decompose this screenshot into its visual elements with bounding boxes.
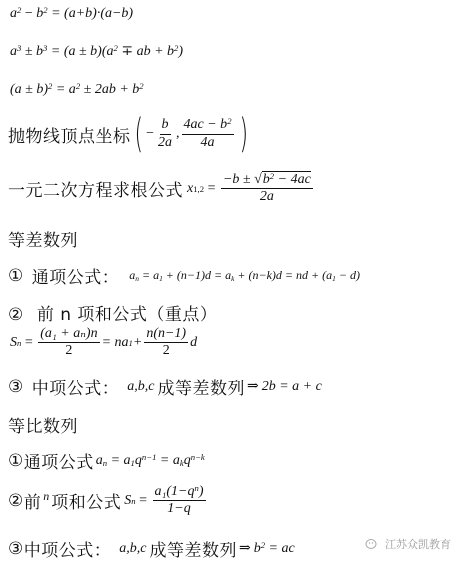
parabola-vertex-formula: − b2a , 4ac − b24a bbox=[146, 117, 235, 150]
wechat-icon bbox=[365, 538, 379, 550]
arithmetic-sum-heading: ② 前 n 项和公式（重点） bbox=[8, 300, 217, 325]
arithmetic-general-term: ① 通项公式： an = a1 + (n−1)d = ak + (n−k)d =… bbox=[8, 263, 360, 288]
quadratic-formula-row: 一元二次方程求根公式 x1,2 = −b ± √b2 − 4ac 2a bbox=[8, 172, 315, 205]
arithmetic-middle-term: ③ 中项公式： a,b,c 成等差数列 ⇒ 2b = a + c bbox=[8, 374, 322, 399]
formula-square-of-binomial: (a ± b)2 = a2 ± 2ab + b2 bbox=[10, 82, 144, 98]
parabola-label: 抛物线顶点坐标 bbox=[8, 122, 131, 147]
geometric-middle-term: ③ 中项公式： a,b,c 成等差数列 ⇒ b2 = ac bbox=[8, 536, 295, 561]
arithmetic-sequence-title: 等差数列 bbox=[8, 226, 78, 251]
arithmetic-sum-formula: Sn = (a₁ + aₙ)n2 = na1 + n(n−1)2 d bbox=[10, 326, 197, 359]
quadratic-formula: x1,2 = −b ± √b2 − 4ac 2a bbox=[187, 172, 315, 205]
formula-difference-of-squares: a2 − b2 = (a+b)·(a−b) bbox=[10, 6, 133, 22]
geometric-general-term: ① 通项公式 an = a1qn−1 = akqn−k bbox=[8, 448, 205, 473]
formula-sum-of-cubes: a3 ± b3 = (a ± b)(a2 ∓ ab + b2) bbox=[10, 43, 183, 60]
geometric-sum-formula: ② 前 n 项和公式 Sn = a₁(1−qn) 1−q bbox=[8, 484, 208, 517]
geometric-sequence-title: 等比数列 bbox=[8, 412, 78, 437]
quadratic-label: 一元二次方程求根公式 bbox=[8, 176, 183, 201]
watermark-text: 江苏众凯教育 bbox=[385, 536, 451, 552]
parabola-vertex-row: 抛物线顶点坐标 ( − b2a , 4ac − b24a ) bbox=[8, 114, 251, 154]
watermark: 江苏众凯教育 bbox=[365, 536, 451, 552]
